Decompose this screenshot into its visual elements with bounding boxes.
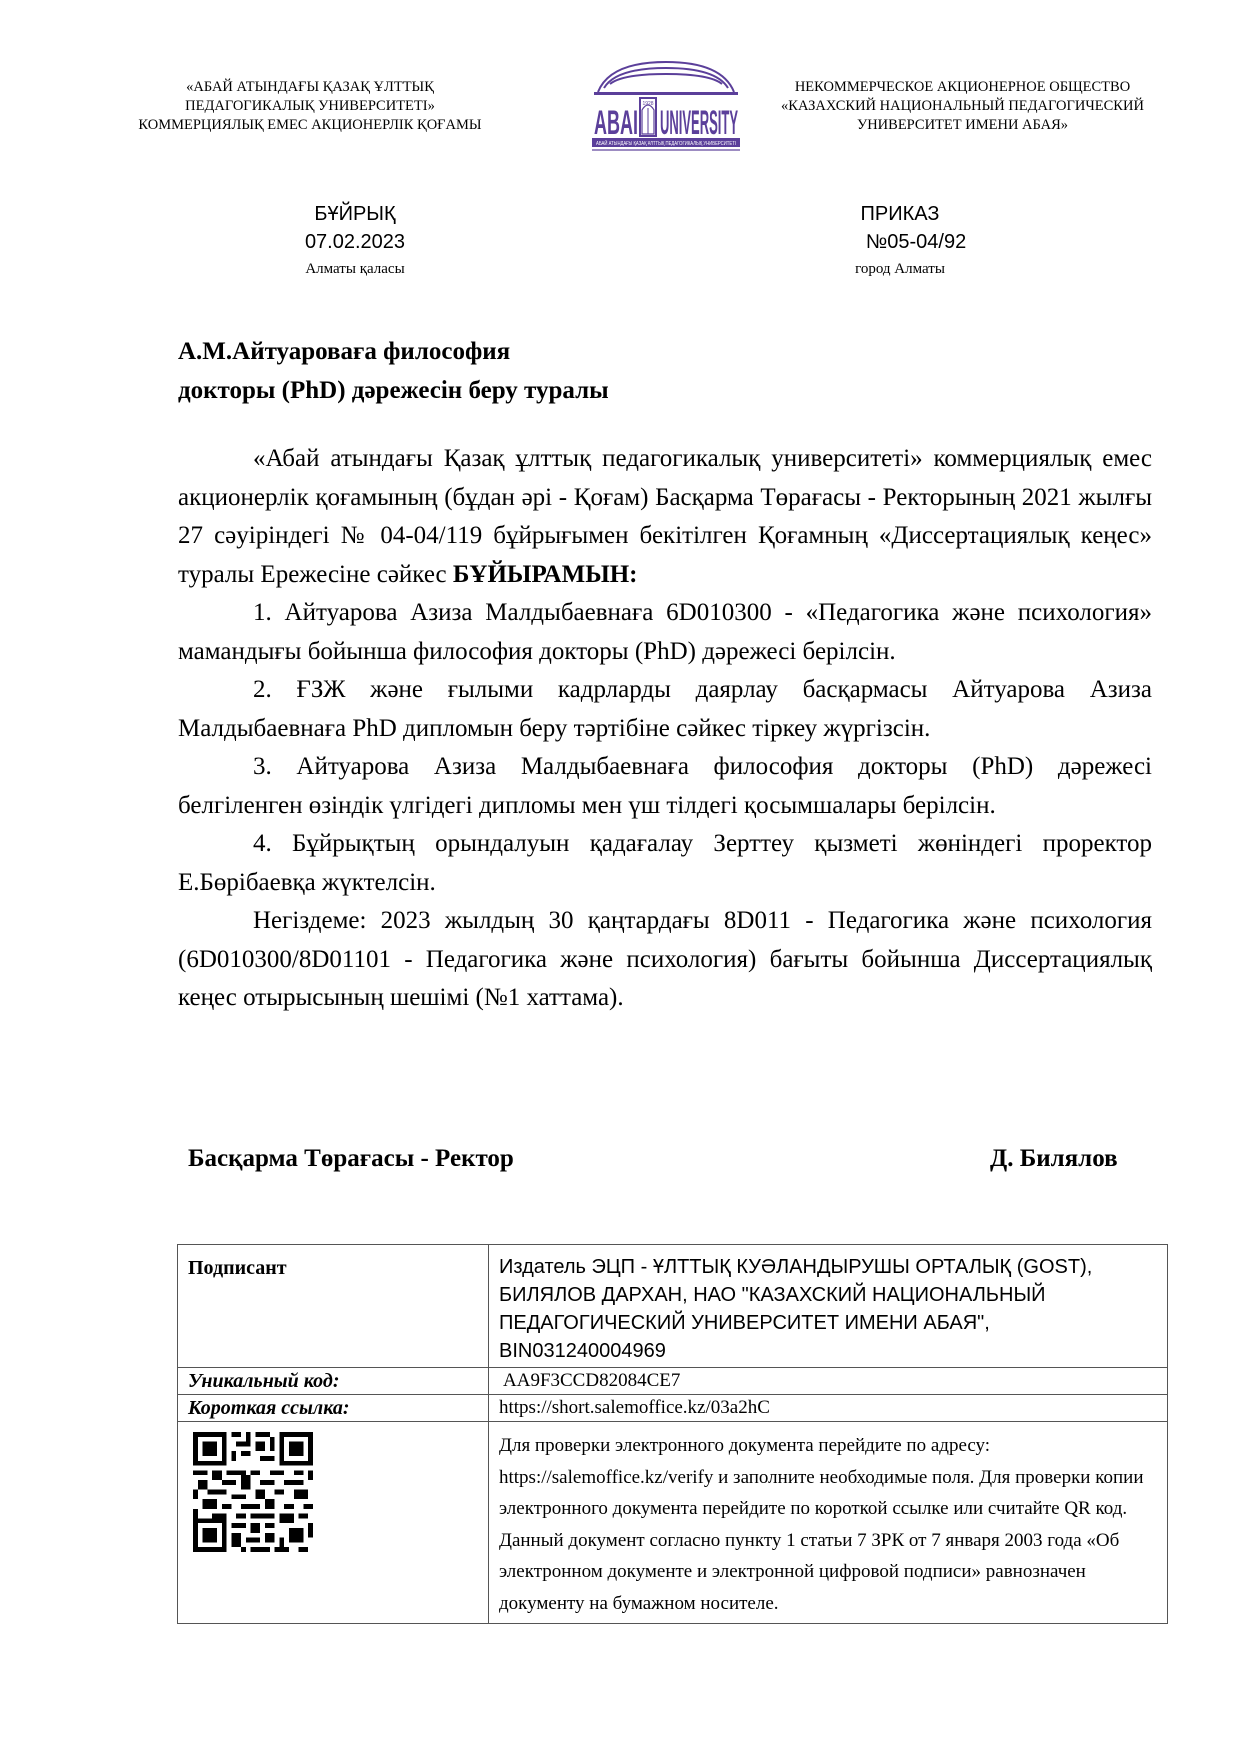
svg-text:АБАЙ АТЫНДАҒЫ ҚАЗАҚ ҰЛТТЫҚ ПЕД: АБАЙ АТЫНДАҒЫ ҚАЗАҚ ҰЛТТЫҚ ПЕДАГОГИКАЛЫҚ… xyxy=(596,139,736,147)
org-name-kz-line: ПЕДАГОГИКАЛЫҚ УНИВЕРСИТЕТІ» xyxy=(100,97,520,116)
document-body: «Абай атындағы Қазақ ұлттық педагогикалы… xyxy=(178,440,1152,1018)
qr-cell xyxy=(178,1422,489,1624)
order-meta-russian: ПРИКАЗ №05-04/92 город Алматы xyxy=(790,200,1010,282)
order-label-ru: ПРИКАЗ xyxy=(790,200,1010,228)
order-meta-kazakh: БҰЙРЫҚ 07.02.2023 Алматы қаласы xyxy=(255,200,455,282)
table-row-unique-code: Уникальный код: AA9F3CCD82084CE7 xyxy=(178,1368,1168,1395)
preamble-text: «Абай атындағы Қазақ ұлттық педагогикалы… xyxy=(178,445,1152,588)
signatory-name: Д. Билялов xyxy=(990,1145,1118,1173)
signatory-role: Басқарма Төрағасы - Ректор xyxy=(188,1145,514,1173)
order-number: №05-04/92 xyxy=(790,228,1010,256)
svg-text:1928: 1928 xyxy=(642,101,653,107)
abai-university-logo: ABAI 1928 UNIVERSITY АБАЙ АТЫНДАҒЫ ҚАЗАҚ… xyxy=(590,58,742,156)
signer-value: Издатель ЭЦП - ҰЛТТЫҚ КУӘЛАНДЫРУШЫ ОРТАЛ… xyxy=(489,1245,1168,1368)
org-name-ru-line: «КАЗАХСКИЙ НАЦИОНАЛЬНЫЙ ПЕДАГОГИЧЕСКИЙ xyxy=(745,97,1180,116)
org-name-kz-line: КОММЕРЦИЯЛЫҚ ЕМЕС АКЦИОНЕРЛІК ҚОҒАМЫ xyxy=(100,116,520,135)
org-name-ru-line: НЕКОММЕРЧЕСКОЕ АКЦИОНЕРНОЕ ОБЩЕСТВО xyxy=(745,78,1180,97)
order-date: 07.02.2023 xyxy=(255,228,455,256)
org-name-ru-line: УНИВЕРСИТЕТ ИМЕНИ АБАЯ» xyxy=(745,116,1180,135)
verification-note: Для проверки электронного документа пере… xyxy=(489,1422,1168,1624)
signer-label: Подписант xyxy=(178,1245,489,1368)
svg-text:ABAI: ABAI xyxy=(594,104,638,142)
preamble-paragraph: «Абай атындағы Қазақ ұлттық педагогикалы… xyxy=(178,440,1152,594)
unique-code-label: Уникальный код: xyxy=(178,1368,489,1395)
short-link-label: Короткая ссылка: xyxy=(178,1395,489,1422)
document-title-line: А.М.Айтуароваға философия xyxy=(178,332,609,371)
order-item: 1. Айтуарова Азиза Малдыбаевнаға 6D01030… xyxy=(178,594,1152,671)
document-title: А.М.Айтуароваға философия докторы (PhD) … xyxy=(178,332,609,410)
order-city-kz: Алматы қаласы xyxy=(255,256,455,282)
order-item: 3. Айтуарова Азиза Малдыбаевнаға философ… xyxy=(178,748,1152,825)
table-row-short-link: Короткая ссылка: https://short.salemoffi… xyxy=(178,1395,1168,1422)
table-row-signer: Подписант Издатель ЭЦП - ҰЛТТЫҚ КУӘЛАНДЫ… xyxy=(178,1245,1168,1368)
order-city-ru: город Алматы xyxy=(790,256,1010,282)
svg-text:UNIVERSITY: UNIVERSITY xyxy=(660,104,738,142)
qr-code-icon[interactable] xyxy=(193,1432,313,1552)
short-link-value[interactable]: https://short.salemoffice.kz/03a2hC xyxy=(489,1395,1168,1422)
digital-signature-table: Подписант Издатель ЭЦП - ҰЛТТЫҚ КУӘЛАНДЫ… xyxy=(177,1244,1168,1624)
basis-paragraph: Негіздеме: 2023 жылдың 30 қаңтардағы 8D0… xyxy=(178,902,1152,1018)
order-label-kz: БҰЙРЫҚ xyxy=(255,200,455,228)
decree-word: БҰЙЫРАМЫН: xyxy=(453,561,638,588)
org-name-russian: НЕКОММЕРЧЕСКОЕ АКЦИОНЕРНОЕ ОБЩЕСТВО «КАЗ… xyxy=(745,78,1180,135)
unique-code-value: AA9F3CCD82084CE7 xyxy=(489,1368,1168,1395)
org-name-kz-line: «АБАЙ АТЫНДАҒЫ ҚАЗАҚ ҰЛТТЫҚ xyxy=(100,78,520,97)
table-row-verification: Для проверки электронного документа пере… xyxy=(178,1422,1168,1624)
order-item: 2. ҒЗЖ және ғылыми кадрларды даярлау бас… xyxy=(178,671,1152,748)
order-item: 4. Бұйрықтың орындалуын қадағалау Зертте… xyxy=(178,825,1152,902)
org-name-kazakh: «АБАЙ АТЫНДАҒЫ ҚАЗАҚ ҰЛТТЫҚ ПЕДАГОГИКАЛЫ… xyxy=(100,78,520,135)
document-title-line: докторы (PhD) дәрежесін беру туралы xyxy=(178,371,609,410)
